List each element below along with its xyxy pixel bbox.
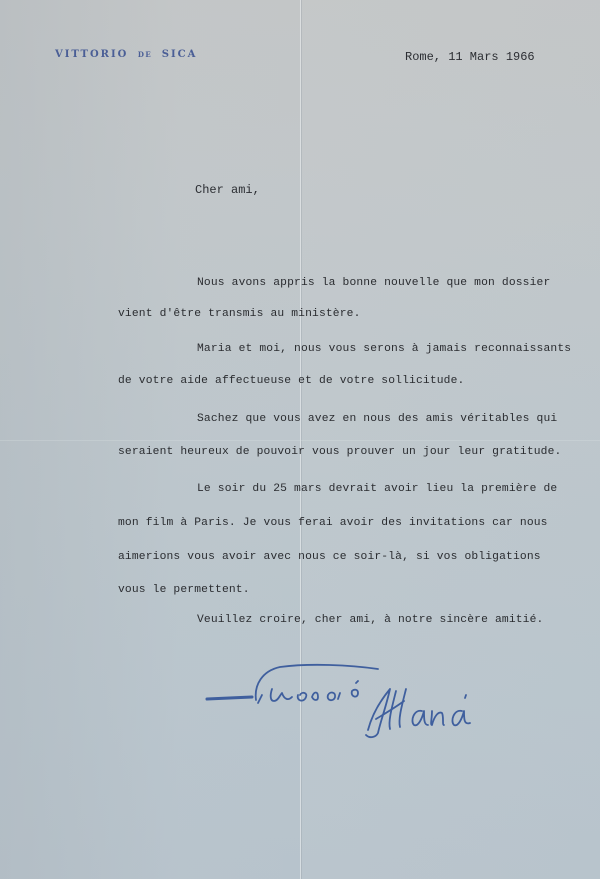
letterhead-last-name: SICA <box>162 49 198 60</box>
date-line: Rome, 11 Mars 1966 <box>405 50 535 64</box>
salutation: Cher ami, <box>195 183 260 197</box>
body-line: Le soir du 25 mars devrait avoir lieu la… <box>197 483 557 495</box>
body-line: mon film à Paris. Je vous ferai avoir de… <box>118 517 548 529</box>
letterhead-first-name: VITTORIO <box>55 49 128 60</box>
paper-fold-horizontal <box>0 440 600 441</box>
letterhead-particle: DE <box>138 50 152 59</box>
body-line: vient d'être transmis au ministère. <box>118 308 361 320</box>
body-line: Sachez que vous avez en nous des amis vé… <box>197 413 557 425</box>
letterhead: VITTORIO DE SICA <box>55 49 197 60</box>
closing-line: Veuillez croire, cher ami, à notre sincè… <box>197 614 543 626</box>
body-line: vous le permettent. <box>118 584 250 596</box>
body-line: de votre aide affectueuse et de votre so… <box>118 375 464 387</box>
handwritten-signatures <box>200 655 500 745</box>
body-line: aimerions vous avoir avec nous ce soir-l… <box>118 551 541 563</box>
signature-vittorio-icon <box>200 655 500 745</box>
body-line: Maria et moi, nous vous serons à jamais … <box>197 343 571 355</box>
body-line: Nous avons appris la bonne nouvelle que … <box>197 277 550 289</box>
body-line: seraient heureux de pouvoir vous prouver… <box>118 446 561 458</box>
